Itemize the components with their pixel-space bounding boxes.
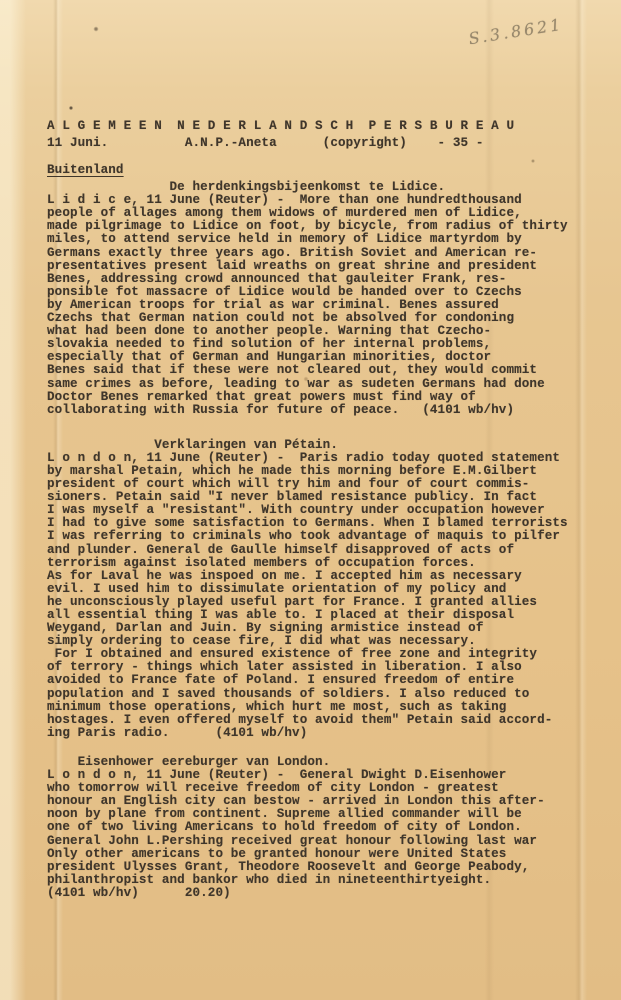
article-title: Verklaringen van Pétain. <box>47 439 621 452</box>
section-label: Buitenland <box>47 164 621 177</box>
article: Eisenhower eereburger van London.L o n d… <box>47 756 621 900</box>
document-page: A L G E M E E N N E D E R L A N D S C H … <box>0 0 621 1000</box>
article: De herdenkingsbijeenkomst te Lidice.L i … <box>47 181 621 417</box>
masthead: A L G E M E E N N E D E R L A N D S C H … <box>47 118 621 152</box>
article: Verklaringen van Pétain.L o n d o n, 11 … <box>47 439 621 740</box>
article-body: L o n d o n, 11 June (Reuter) - General … <box>47 769 621 900</box>
article-body: L i d i c e, 11 June (Reuter) - More tha… <box>47 194 621 417</box>
article-body: L o n d o n, 11 June (Reuter) - Paris ra… <box>47 452 621 740</box>
articles: De herdenkingsbijeenkomst te Lidice.L i … <box>47 181 621 900</box>
masthead-dateline: 11 Juni. A.N.P.-Aneta (copyright) - 35 - <box>47 135 621 152</box>
masthead-title: A L G E M E E N N E D E R L A N D S C H … <box>47 118 621 135</box>
